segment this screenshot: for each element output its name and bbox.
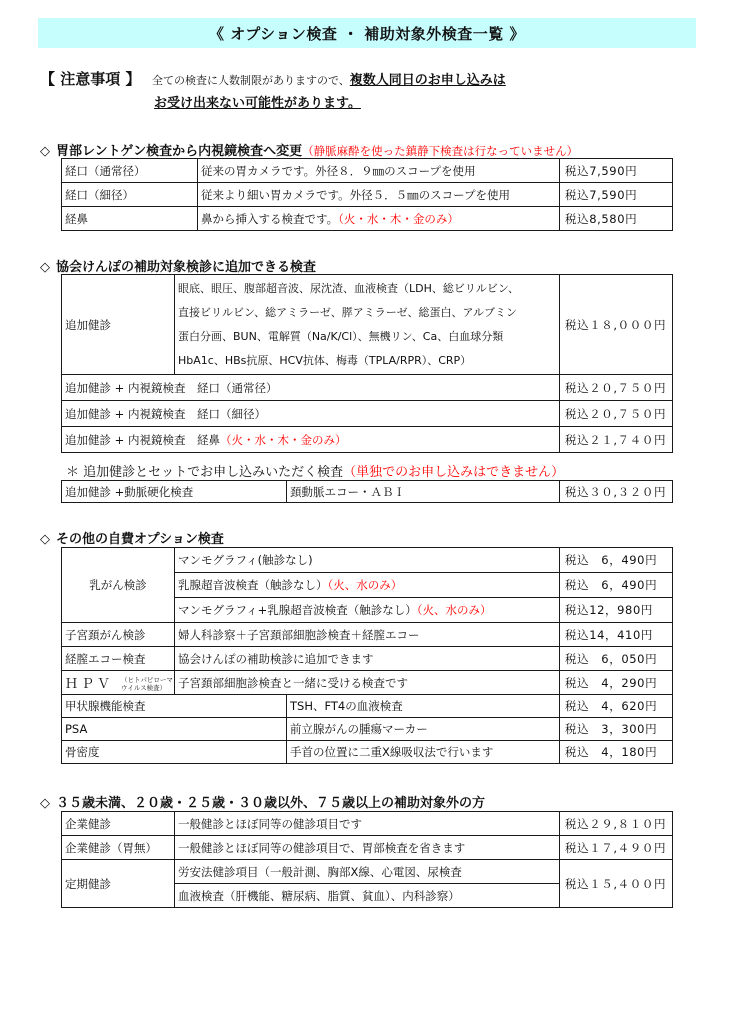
exam-price: 税込 4，290円 xyxy=(560,671,673,695)
exam-description: 従来の胃カメラです。外径８．９㎜のスコープを使用 xyxy=(198,159,560,183)
section-title: 協会けんぽの補助対象検診に追加できる検査 xyxy=(56,260,316,275)
table-row: 追加健診 + 内視鏡検査 経口（細径） 税込２０,７５０円 xyxy=(62,401,673,427)
exam-description: 一般健診とほぼ同等の健診項目です xyxy=(175,812,560,836)
table-row: 経口（細径） 従来より細い胃カメラです。外径５．５㎜のスコープを使用 税込7,5… xyxy=(62,183,673,207)
section-title: その他の自費オプション検査 xyxy=(56,532,224,547)
exam-name: 経鼻 xyxy=(62,207,198,231)
diamond-icon: ◇ xyxy=(40,260,50,275)
exam-price: 税込 3，300円 xyxy=(560,718,673,741)
notice-emphasis-1: 複数人同日のお申し込みは xyxy=(350,73,506,88)
exam-description: 婦人科診察＋子宮頚部細胞診検査＋経膣エコー xyxy=(175,623,560,647)
table-row: 子宮頚がん検診 婦人科診察＋子宮頚部細胞診検査＋経膣エコー 税込14，410円 xyxy=(62,623,673,647)
availability-note: （火、水のみ） xyxy=(417,603,492,617)
exam-name: 追加健診 +動脈硬化検査 xyxy=(62,481,287,503)
table-row: 経鼻 鼻から挿入する検査です。（火・水・木・金のみ） 税込8,580円 xyxy=(62,207,673,231)
exam-name: 企業健診（胃無） xyxy=(62,836,175,860)
exam-name: 定期健診 xyxy=(62,860,175,908)
exam-name: 甲状腺機能検査 xyxy=(62,695,287,718)
set-exam-table: 追加健診 +動脈硬化検査 頚動脈エコー・ＡＢＩ 税込３０,３２０円 xyxy=(61,480,673,503)
exam-name: 骨密度 xyxy=(62,741,287,764)
exam-description: 子宮頚部細胞診検査と一緒に受ける検査です xyxy=(175,671,560,695)
section-title: 胃部レントゲン検査から内視鏡検査へ変更 xyxy=(56,144,302,159)
combo-name: 追加健診 + 内視鏡検査 経口（細径） xyxy=(62,401,560,427)
exam-description: 手首の位置に二重X線吸収法で行います xyxy=(287,741,560,764)
availability-note: （火・水・木・金のみ） xyxy=(338,212,459,226)
section-note: （静脈麻酔を使った鎮静下検査は行なっていません） xyxy=(302,144,578,158)
table-row: 骨密度 手首の位置に二重X線吸収法で行います 税込 4，180円 xyxy=(62,741,673,764)
exam-description: TSH、FT4の血液検査 xyxy=(287,695,560,718)
table-row: 企業健診（胃無） 一般健診とほぼ同等の健診項目で、胃部検査を省きます 税込１７,… xyxy=(62,836,673,860)
section-heading-endoscopy: ◇胃部レントゲン検査から内視鏡検査へ変更（静脈麻酔を使った鎮静下検査は行なってい… xyxy=(40,140,578,159)
exam-description: 労安法健診項目（一般計測、胸部X線、心電図、尿検査 xyxy=(175,860,560,884)
section-heading-self-pay: ◇その他の自費オプション検査 xyxy=(40,528,224,547)
table-row: 追加健診 +動脈硬化検査 頚動脈エコー・ＡＢＩ 税込３０,３２０円 xyxy=(62,481,673,503)
additional-table: 追加健診 眼底、眼圧、腹部超音波、尿沈渣、血液検査（LDH、総ビリルビン、 直接… xyxy=(61,274,673,453)
set-exam-heading: ＊ 追加健診とセットでお申し込みいただく検査（単独でのお申し込みはできません） xyxy=(66,461,564,480)
exam-price: 税込 6，050円 xyxy=(560,647,673,671)
table-row: PSA 前立腺がんの腫瘍マーカー 税込 3，300円 xyxy=(62,718,673,741)
combo-name: 追加健診 + 内視鏡検査 経口（通常径） xyxy=(62,375,560,401)
exam-name: 経膣エコー検査 xyxy=(62,647,175,671)
exam-description: 一般健診とほぼ同等の健診項目で、胃部検査を省きます xyxy=(175,836,560,860)
exam-name: 企業健診 xyxy=(62,812,175,836)
table-row: 追加健診 + 内視鏡検査 経口（通常径） 税込２０,７５０円 xyxy=(62,375,673,401)
exam-name: 乳がん検診 xyxy=(62,548,175,623)
exam-description: 協会けんぽの補助検診に追加できます xyxy=(175,647,560,671)
exam-description: 眼底、眼圧、腹部超音波、尿沈渣、血液検査（LDH、総ビリルビン、 直接ビリルビン… xyxy=(175,275,560,375)
exam-price: 税込12，980円 xyxy=(560,598,673,623)
diamond-icon: ◇ xyxy=(40,796,50,811)
exam-price: 税込 4，620円 xyxy=(560,695,673,718)
exam-price: 税込１５,４００円 xyxy=(560,860,673,908)
exam-description: 頚動脈エコー・ＡＢＩ xyxy=(287,481,560,503)
table-row: 企業健診 一般健診とほぼ同等の健診項目です 税込２９,８１０円 xyxy=(62,812,673,836)
exam-name: 経口（細径） xyxy=(62,183,198,207)
availability-note: （火、水のみ） xyxy=(328,578,403,592)
table-row: 追加健診 眼底、眼圧、腹部超音波、尿沈渣、血液検査（LDH、総ビリルビン、 直接… xyxy=(62,275,673,375)
notice-text: 全ての検査に人数制限がありますので、 xyxy=(152,74,350,87)
exam-price: 税込２１,７４０円 xyxy=(560,427,673,453)
page-title: 《 オプション検査 ・ 補助対象外検査一覧 》 xyxy=(38,18,696,48)
exam-name: PSA xyxy=(62,718,287,741)
exam-price: 税込 4，180円 xyxy=(560,741,673,764)
exam-name: 子宮頚がん検診 xyxy=(62,623,175,647)
exam-price: 税込 6，490円 xyxy=(560,573,673,598)
exam-description: 血液検査（肝機能、糖尿病、脂質、貧血）、内科診察） xyxy=(175,884,560,908)
exam-price: 税込１８,０００円 xyxy=(560,275,673,375)
table-row: 甲状腺機能検査 TSH、FT4の血液検査 税込 4，620円 xyxy=(62,695,673,718)
exam-price: 税込２０,７５０円 xyxy=(560,375,673,401)
exam-price: 税込7,590円 xyxy=(560,183,673,207)
table-row: 乳がん検診 マンモグラフィ(触診なし) 税込 6，490円 xyxy=(62,548,673,573)
table-row: ＨＰＶ（ヒトパピローマウイルス検査） 子宮頚部細胞診検査と一緒に受ける検査です … xyxy=(62,671,673,695)
exam-price: 税込１７,４９０円 xyxy=(560,836,673,860)
availability-note: （火・水・木・金のみ） xyxy=(220,433,347,447)
page-title-text: 《 オプション検査 ・ 補助対象外検査一覧 》 xyxy=(209,23,525,44)
exam-description: 鼻から挿入する検査です。（火・水・木・金のみ） xyxy=(198,207,560,231)
exam-price: 税込8,580円 xyxy=(560,207,673,231)
exam-name: ＨＰＶ（ヒトパピローマウイルス検査） xyxy=(62,671,175,695)
exam-price: 税込 6，490円 xyxy=(560,548,673,573)
exam-description: マンモグラフィ+乳腺超音波検査（触診なし）（火、水のみ） xyxy=(175,598,560,623)
diamond-icon: ◇ xyxy=(40,532,50,547)
non-subsidized-table: 企業健診 一般健診とほぼ同等の健診項目です 税込２９,８１０円 企業健診（胃無）… xyxy=(61,811,673,908)
exam-price: 税込7,590円 xyxy=(560,159,673,183)
self-pay-table: 乳がん検診 マンモグラフィ(触診なし) 税込 6，490円 乳腺超音波検査（触診… xyxy=(61,547,673,764)
exam-description: 従来より細い胃カメラです。外径５．５㎜のスコープを使用 xyxy=(198,183,560,207)
exam-price: 税込２０,７５０円 xyxy=(560,401,673,427)
table-row: 定期健診 労安法健診項目（一般計測、胸部X線、心電図、尿検査 税込１５,４００円 xyxy=(62,860,673,884)
exam-description: 乳腺超音波検査（触診なし）（火、水のみ） xyxy=(175,573,560,598)
exam-price: 税込２９,８１０円 xyxy=(560,812,673,836)
diamond-icon: ◇ xyxy=(40,144,50,159)
exam-price: 税込14，410円 xyxy=(560,623,673,647)
set-exam-note: （単独でのお申し込みはできません） xyxy=(343,465,564,480)
notice-label: 【 注意事項 】 xyxy=(40,68,152,89)
table-row: 追加健診 + 内視鏡検査 経鼻（火・水・木・金のみ） 税込２１,７４０円 xyxy=(62,427,673,453)
endoscopy-table: 経口（通常径） 従来の胃カメラです。外径８．９㎜のスコープを使用 税込7,590… xyxy=(61,158,673,231)
exam-price: 税込３０,３２０円 xyxy=(560,481,673,503)
section-heading-non-subsidized: ◇３５歳未満、２０歳・２５歳・３０歳以外、７５歳以上の補助対象外の方 xyxy=(40,792,485,811)
table-row: 経膣エコー検査 協会けんぽの補助検診に追加できます 税込 6，050円 xyxy=(62,647,673,671)
exam-name: 経口（通常径） xyxy=(62,159,198,183)
exam-description: マンモグラフィ(触診なし) xyxy=(175,548,560,573)
section-heading-additional: ◇協会けんぽの補助対象検診に追加できる検査 xyxy=(40,256,316,275)
notice: 【 注意事項 】全ての検査に人数制限がありますので、複数人同日のお申し込みは お… xyxy=(40,68,506,89)
table-row: 経口（通常径） 従来の胃カメラです。外径８．９㎜のスコープを使用 税込7,590… xyxy=(62,159,673,183)
exam-description: 前立腺がんの腫瘍マーカー xyxy=(287,718,560,741)
section-title: ３５歳未満、２０歳・２５歳・３０歳以外、７５歳以上の補助対象外の方 xyxy=(56,796,485,811)
notice-emphasis-2: お受け出来ない可能性があります。 xyxy=(154,96,361,111)
exam-name: 追加健診 xyxy=(62,275,175,375)
combo-name: 追加健診 + 内視鏡検査 経鼻（火・水・木・金のみ） xyxy=(62,427,560,453)
